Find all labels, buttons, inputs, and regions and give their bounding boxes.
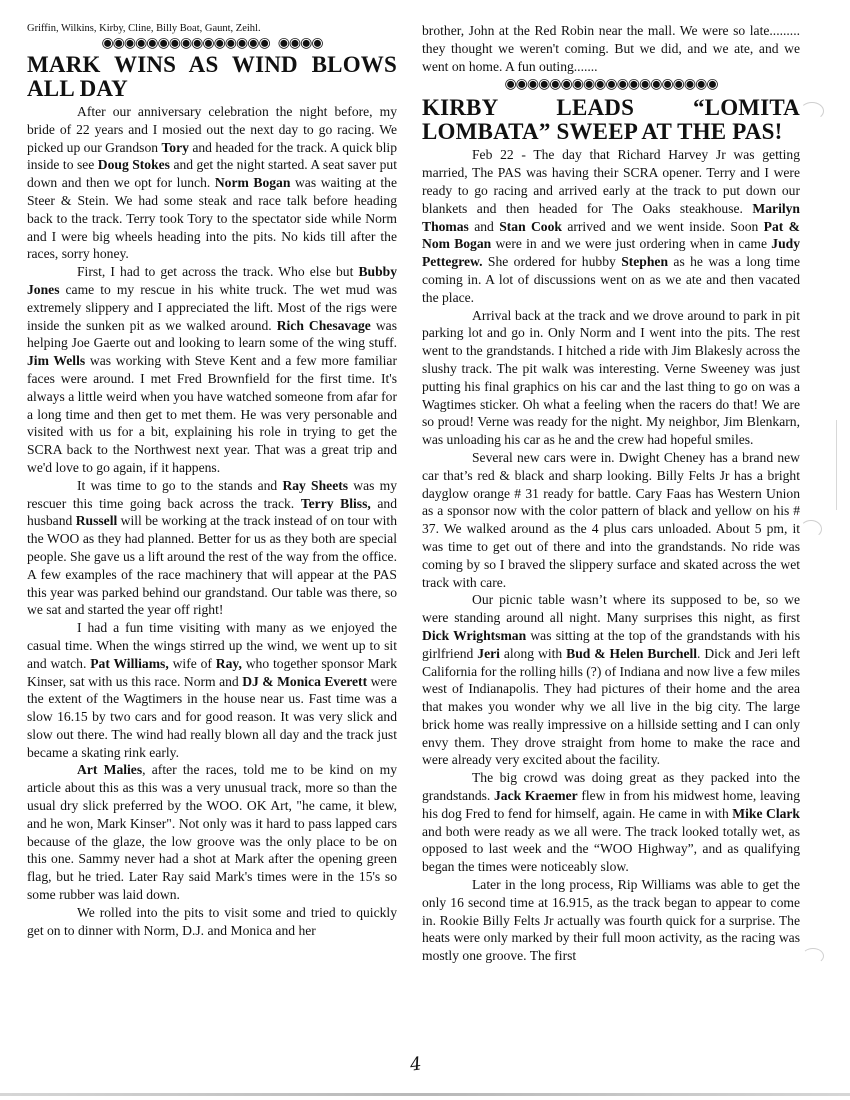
right-column: brother, John at the Red Robin near the …	[422, 22, 800, 965]
person-name: Jim Wells	[27, 353, 85, 368]
paragraph-text: , after the races, told me to be kind on…	[27, 762, 397, 902]
body-paragraph: After our anniversary celebration the ni…	[27, 103, 397, 263]
person-name: Jeri	[477, 646, 500, 661]
paragraph-text: was working with Steve Kent and a few mo…	[27, 353, 397, 475]
paragraph-text: along with	[500, 646, 566, 661]
body-paragraph: Later in the long process, Rip Williams …	[422, 876, 800, 965]
newsletter-page: Griffin, Wilkins, Kirby, Cline, Billy Bo…	[0, 0, 850, 1100]
page-bottom-edge	[0, 1093, 850, 1096]
person-name: Ray Sheets	[282, 478, 348, 493]
page-number: 4	[409, 1053, 423, 1075]
body-paragraph: Several new cars were in. Dwight Cheney …	[422, 449, 800, 591]
article-2-headline: KIRBY LEADS “LOMITA LOMBATA” SWEEP AT TH…	[422, 96, 800, 144]
scan-artifact-mark	[800, 520, 822, 538]
paragraph-text: Our picnic table wasn’t where its suppos…	[422, 592, 800, 625]
person-name: Art Malies	[77, 762, 142, 777]
person-name: Dick Wrightsman	[422, 628, 526, 643]
body-paragraph: Art Malies, after the races, told me to …	[27, 761, 397, 903]
photo-caption: Griffin, Wilkins, Kirby, Cline, Billy Bo…	[27, 22, 397, 35]
person-name: Russell	[76, 513, 118, 528]
person-name: Pat Williams,	[90, 656, 169, 671]
body-paragraph: Feb 22 - The day that Richard Harvey Jr …	[422, 146, 800, 306]
paragraph-text: Feb 22 - The day that Richard Harvey Jr …	[422, 147, 800, 215]
article-1-continuation: brother, John at the Red Robin near the …	[422, 22, 800, 75]
body-paragraph: I had a fun time visiting with many as w…	[27, 619, 397, 761]
person-name: Jack Kraemer	[494, 788, 578, 803]
paragraph-text: were in and we were just ordering when i…	[491, 236, 771, 251]
paragraph-text: Arrival back at the track and we drove a…	[422, 308, 800, 448]
paragraph-text: It was time to go to the stands and	[77, 478, 282, 493]
paragraph-text: She ordered for hubby	[483, 254, 622, 269]
scan-artifact-mark	[802, 948, 824, 964]
person-name: DJ & Monica Everett	[242, 674, 367, 689]
scan-artifact-line	[836, 420, 837, 510]
person-name: Norm Bogan	[215, 175, 291, 190]
person-name: Bud & Helen Burchell	[566, 646, 697, 661]
scan-artifact-mark	[800, 102, 824, 120]
paragraph-text: and both were ready as we all were. The …	[422, 824, 800, 875]
paragraph-text: wife of	[169, 656, 216, 671]
body-paragraph: It was time to go to the stands and Ray …	[27, 477, 397, 619]
person-name: Stephen	[621, 254, 668, 269]
person-name: Rich Chesavage	[277, 318, 371, 333]
paragraph-text: We rolled into the pits to visit some an…	[27, 905, 397, 938]
body-paragraph: We rolled into the pits to visit some an…	[27, 904, 397, 940]
ornament-divider: ◉◉◉◉◉◉◉◉◉◉◉◉◉◉◉◉◉◉◉	[27, 35, 397, 51]
person-name: Terry Bliss,	[301, 496, 371, 511]
paragraph-text: and	[469, 219, 499, 234]
person-name: Ray,	[216, 656, 242, 671]
paragraph-text: First, I had to get across the track. Wh…	[77, 264, 358, 279]
body-paragraph: Arrival back at the track and we drove a…	[422, 307, 800, 449]
ornament-divider: ◉◉◉◉◉◉◉◉◉◉◉◉◉◉◉◉◉◉◉	[422, 76, 800, 92]
paragraph-text: arrived and we went inside. Soon	[562, 219, 764, 234]
paragraph-text: Several new cars were in. Dwight Cheney …	[422, 450, 800, 590]
ornament-group-b: ◉◉◉◉	[278, 35, 323, 51]
body-paragraph: Our picnic table wasn’t where its suppos…	[422, 591, 800, 769]
person-name: Stan Cook	[499, 219, 562, 234]
person-name: Doug Stokes	[98, 157, 170, 172]
person-name: Tory	[161, 140, 188, 155]
paragraph-text: will be working at the track instead of …	[27, 513, 397, 617]
article-1-body: After our anniversary celebration the ni…	[27, 103, 397, 939]
ornament-group-a: ◉◉◉◉◉◉◉◉◉◉◉◉◉◉◉	[101, 35, 269, 51]
article-2-body: Feb 22 - The day that Richard Harvey Jr …	[422, 146, 800, 965]
person-name: Mike Clark	[732, 806, 800, 821]
body-paragraph: First, I had to get across the track. Wh…	[27, 263, 397, 477]
paragraph-text: Later in the long process, Rip Williams …	[422, 877, 800, 963]
paragraph-text: . Dick and Jeri left California for the …	[422, 646, 800, 768]
left-column: Griffin, Wilkins, Kirby, Cline, Billy Bo…	[27, 22, 397, 939]
body-paragraph: The big crowd was doing great as they pa…	[422, 769, 800, 876]
article-1-headline: MARK WINS AS WIND BLOWS ALL DAY	[27, 53, 397, 101]
